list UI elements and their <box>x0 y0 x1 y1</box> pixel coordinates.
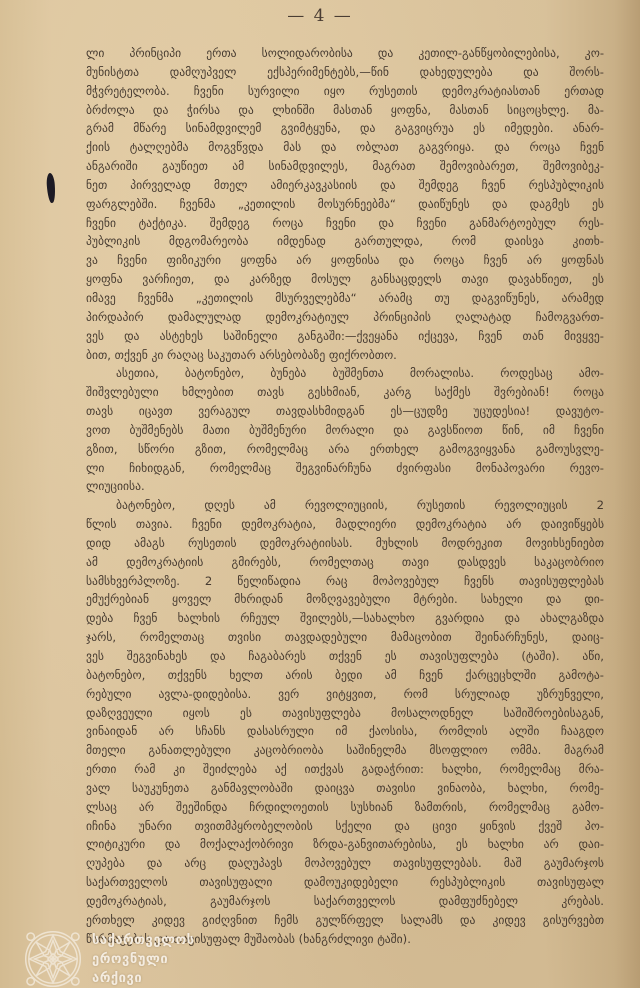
page-number: — 4 — <box>0 6 640 26</box>
archive-name-line-1: საქართველოს <box>92 933 195 948</box>
text-line: ლი ჩიხიდგან, რომელმაც შეგვინარჩუნა ძვირფ… <box>86 459 604 478</box>
text-line: ანგარიში გაუწიეთ ამ სინამდვილეს, მაგრათ … <box>86 157 604 176</box>
archive-name-line-3: არქივი <box>92 971 195 986</box>
text-line: მთელი განათლებული კაცობრიობა საშინელმა მ… <box>86 741 604 760</box>
text-line: პირდაპირ დამალულად დემოკრატიულ პრინციპის… <box>86 308 604 327</box>
text-line: დიდ ამაგს რუსეთის დემოკრატიისას. მუხლის … <box>86 534 604 553</box>
ink-blot-mark <box>46 173 56 203</box>
text-line: პუბლიკის მდგომარეობა იმდენად გართულდა, რ… <box>86 232 604 251</box>
archive-name-line-2: ეროვნული <box>92 952 195 967</box>
text-line: მჭვრეტელობა. ჩვენი სურვილი იყო რუსეთის დ… <box>86 82 604 101</box>
text-line: წლის თავია. ჩვენი დემოკრატია, მადლიერი დ… <box>86 515 604 534</box>
text-line: ვა ჩვენი ფიზიკური ყოფნა არ ყოფნისა და რო… <box>86 251 604 270</box>
text-line: ღუპება და არც დაღუპავს მოპოვებულ თავისუფ… <box>86 854 604 873</box>
text-line: საქართველოს თავისუფალი დამოუკიდებელი რეს… <box>86 873 604 892</box>
text-line: ლიტიკური და მოქალაქობრივი ზრდა-განვითარე… <box>86 835 604 854</box>
text-line: ბატონებო, დღეს ამ რევოლიუციის, რუსეთის რ… <box>86 496 604 515</box>
text-line: მუნისტთა დამღუპველ ექსპერიმენტებს,—წინ დ… <box>86 63 604 82</box>
text-line: ჯარს, რომელთაც თვისი თავდადებული მამაცობ… <box>86 628 604 647</box>
text-line: ბრძოლა და ჭირსა და ლხინში მასთან ყოფნა, … <box>86 101 604 120</box>
text-line: დემოკრატიას, გაუმარჯოს საქართველოს დამფუ… <box>86 892 604 911</box>
text-line: ამ დემოკრატიის გმირებს, რომელთაც თავი და… <box>86 553 604 572</box>
text-line: თავს იცავთ ვერაგულ თავდასხმიდგან ეს—ცუდზ… <box>86 402 604 421</box>
text-line: ვეს შეგვინახეს და ჩაგაბარეს თქვენ ეს თავ… <box>86 647 604 666</box>
text-line: რებული ავლა-დიდებისა. ვერ ვიტყვით, რომ ს… <box>86 685 604 704</box>
text-line: სამსხვერპლოზე. 2 წელიწადია რაც მოპოვებულ… <box>86 572 604 591</box>
text-line: ნეთ პირველად მთელ ამიერკავკასიის და შემდ… <box>86 176 604 195</box>
text-line: ბატონებო, თქვენს ხელთ არის ბედი ამ ჩვენ … <box>86 666 604 685</box>
text-line: გრამ მწარე სინამდვილემ გვიმტყუნა, და გაგ… <box>86 119 604 138</box>
text-line: იმავე ჩვენმა „კეთილის მსურველებმა“ არამც… <box>86 289 604 308</box>
text-line: ქიის ტალღებმა მოგვწვდა მას და ობლათ გაგვ… <box>86 138 604 157</box>
text-line: ლიუციისა. <box>86 477 604 496</box>
text-line: ვეს და ასტეხეს საშინელი განგაში:—ქვეყანა… <box>86 327 604 346</box>
text-line: დაზღვეული იყოს ეს თავისუფლება მოსალოდნელ… <box>86 704 604 723</box>
text-line: ასეთია, ბატონებო, ბუნება ბუშმენთა მორალი… <box>86 364 604 383</box>
text-line: ერთხელ კიდევ გიძღვნით ჩემს გულწრფელ სალა… <box>86 911 604 930</box>
text-line: გზით, სწორი გზით, რომელმაც არა ერთხელ გა… <box>86 440 604 459</box>
text-line: ერთი რამ კი შეიძლება აქ ითქვას გადაჭრით:… <box>86 760 604 779</box>
text-line: ლი პრინციპი ერთა სოლიდარობისა და კეთილ-გ… <box>86 44 604 63</box>
text-line: დება ჩვენ ხალხის რჩეულ შვილებს,—სახალხო … <box>86 609 604 628</box>
document-body-text: ლი პრინციპი ერთა სოლიდარობისა და კეთილ-გ… <box>86 44 604 949</box>
text-line: ვინაიდან არ სჩანს დასასრული იმ ქაოსისა, … <box>86 722 604 741</box>
text-line: შიშვლებული ხმლებით თავს გესხმიან, კარგ ს… <box>86 383 604 402</box>
text-line: ემუქრებიან ყოველ მხრიდან მოზღვავებული მტ… <box>86 590 604 609</box>
text-line: ფარგლებში. ჩვენმა „კეთილის მოსურნეებმა“ … <box>86 195 604 214</box>
text-line: ვალ საუკუნეთა განმავლობაში დაიცვა თავისი… <box>86 779 604 798</box>
ornamental-knot-icon <box>22 928 84 988</box>
national-archives-watermark: საქართველოს ეროვნული არქივი <box>22 928 195 988</box>
text-line: ყოფნა ვარჩიეთ, და კარზედ მოსულ განსაცდელ… <box>86 270 604 289</box>
text-line: ლსაც არ შეეშინდა ჩრდილოეთის სუსხიან ზამთ… <box>86 798 604 817</box>
text-line: ბით, თქვენ კი რაღაც საკუთარ არსებობაზე ფ… <box>86 346 604 365</box>
text-line: ჩვენი ტაქტიკა. შემდეგ როცა ჩვენი და ჩვენ… <box>86 214 604 233</box>
text-line: იჩინა უნარი თვითმპყრობელობის სქელი და ცი… <box>86 817 604 836</box>
text-line: ვოთ ბუშმენებს მათი ბუშმენური მორალი და გ… <box>86 421 604 440</box>
